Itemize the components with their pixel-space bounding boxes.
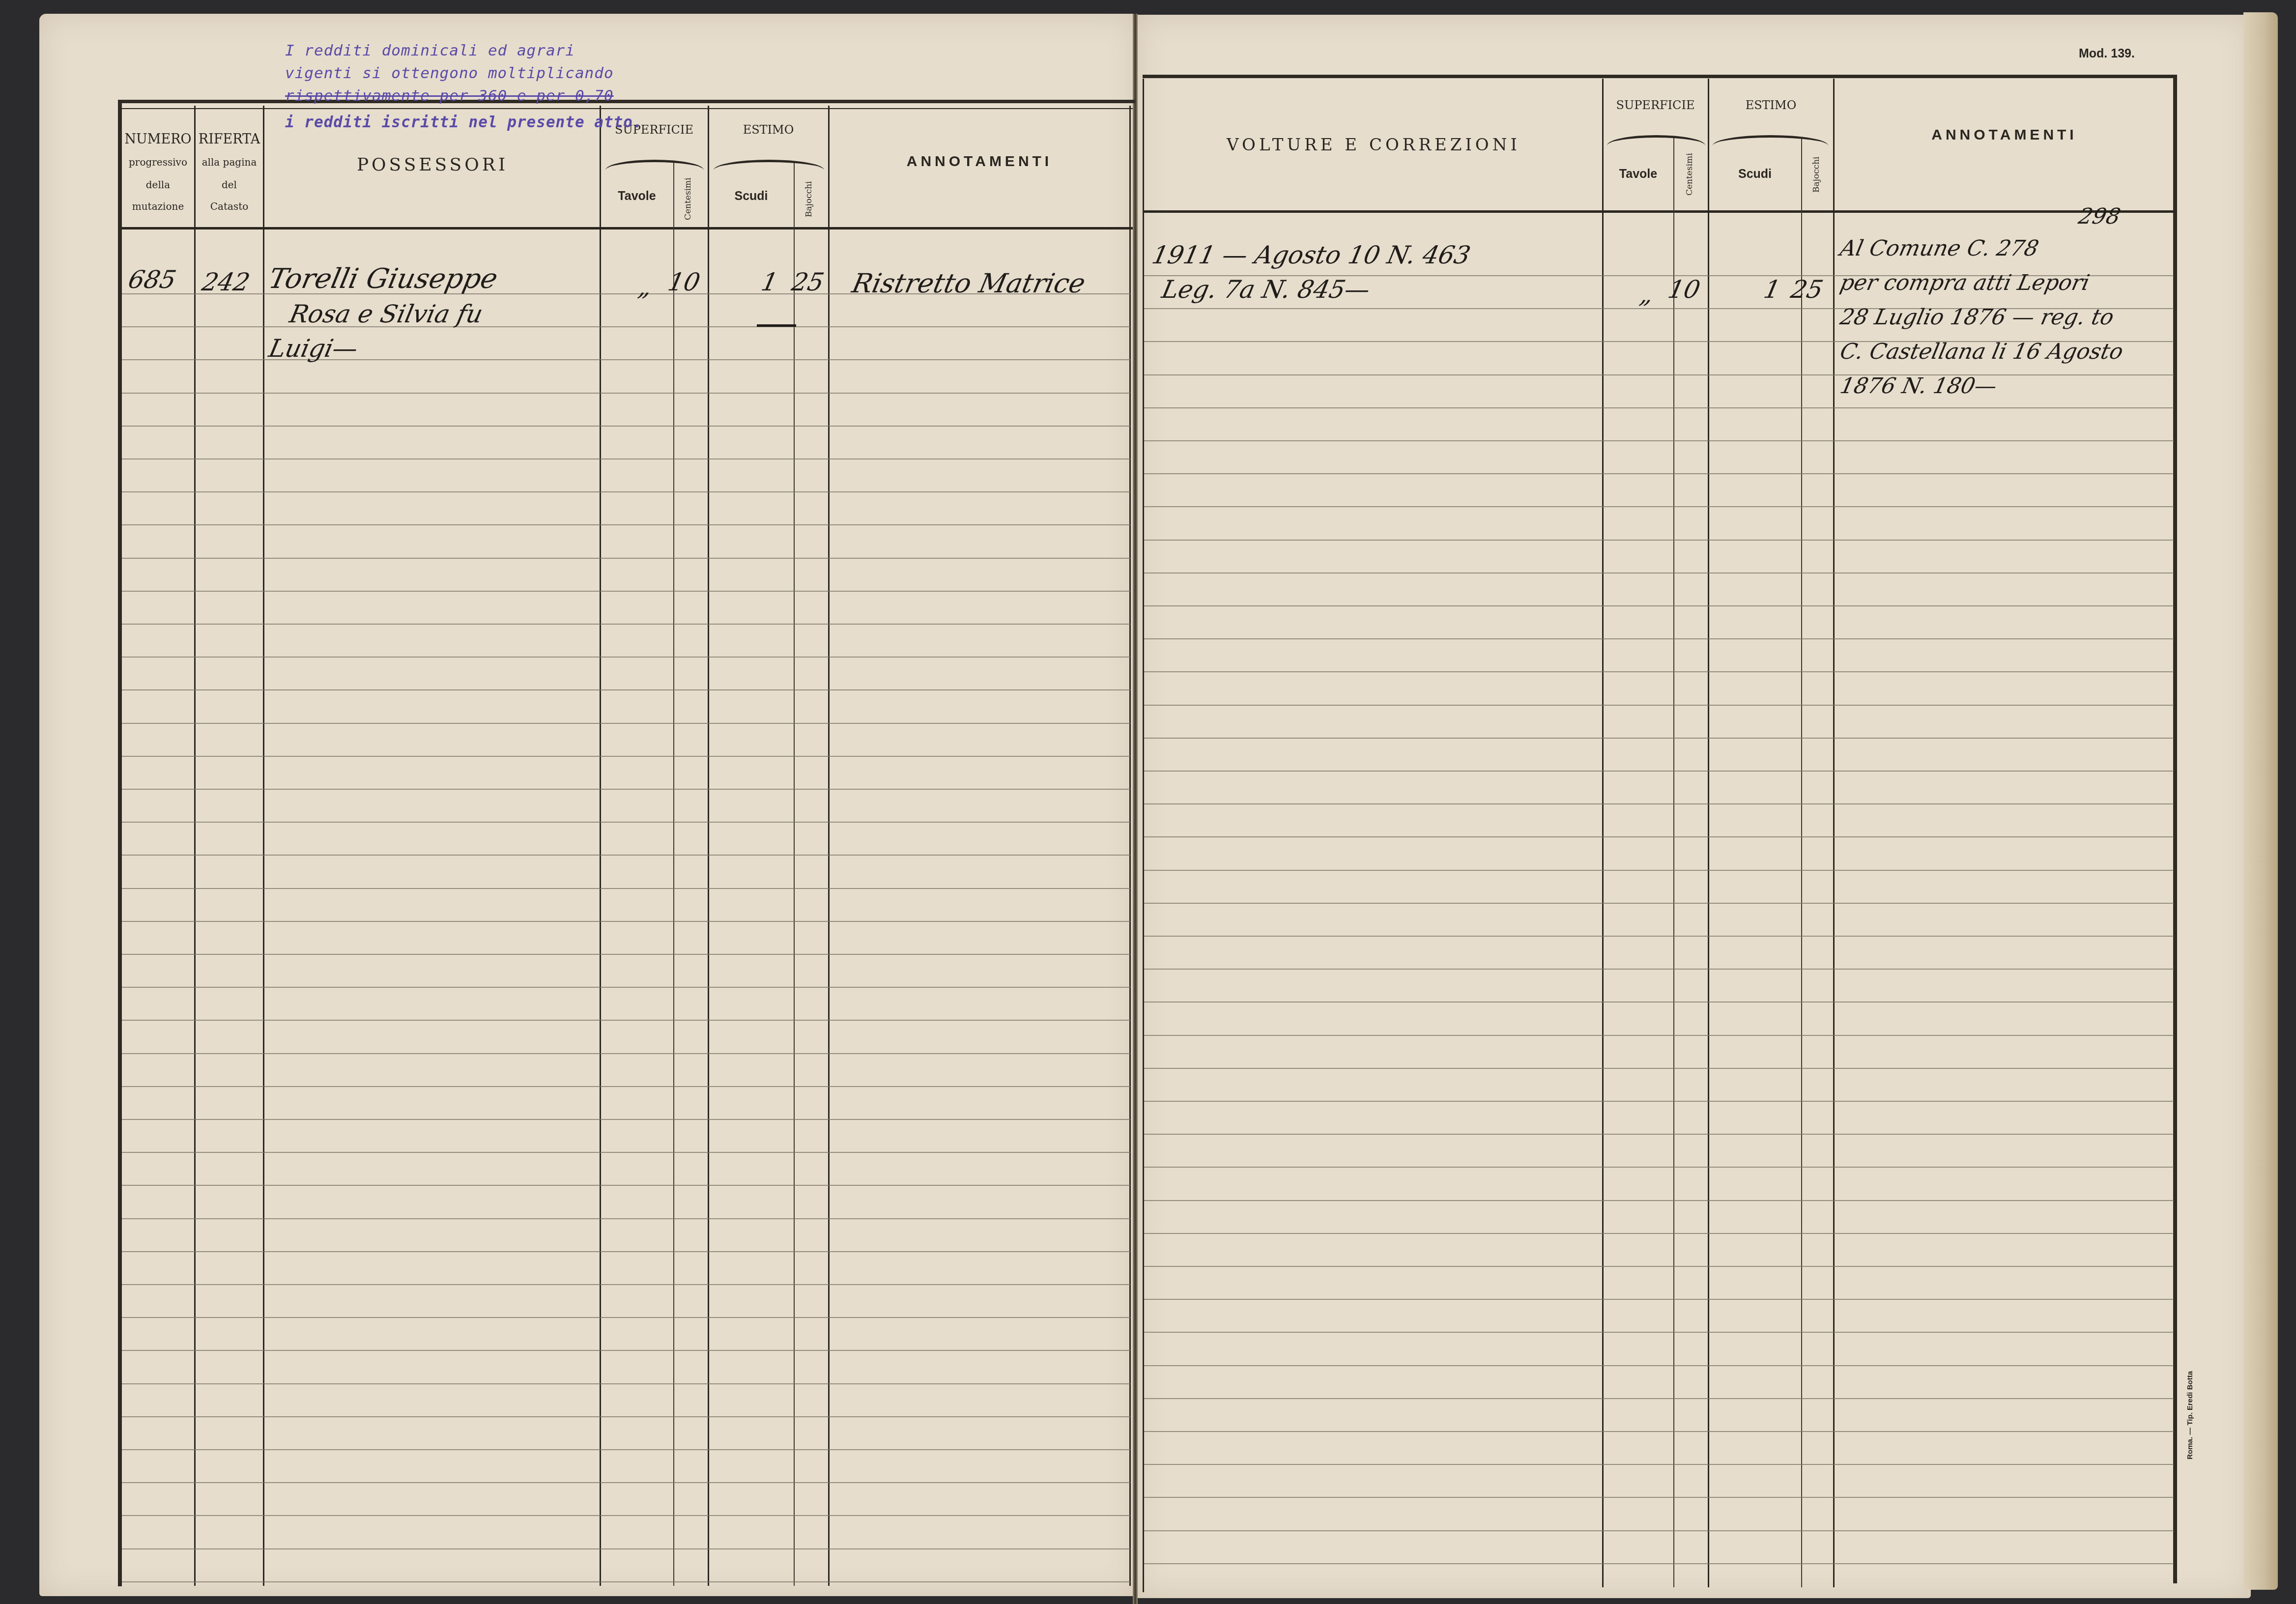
entry-annotamenti-line-5: 1876 N. 180—	[1838, 373, 1999, 399]
ruled-line	[1144, 870, 2174, 871]
header-superficie: SUPERFICIE	[1603, 98, 1708, 112]
ruled-line	[122, 1416, 1130, 1417]
header-centesimi: Centesimi	[683, 174, 693, 224]
entry-annotamenti-correction: 298	[2076, 204, 2123, 229]
underline-mark	[757, 324, 796, 327]
ruled-line	[122, 591, 1130, 592]
ruled-line	[1144, 1200, 2174, 1201]
ruled-line	[122, 1482, 1130, 1483]
ruled-line	[1144, 473, 2174, 474]
entry-bajocchi: 25	[789, 268, 827, 296]
ruled-line	[122, 1218, 1130, 1219]
ruled-line	[122, 954, 1130, 955]
ruled-line	[122, 1020, 1130, 1021]
ruled-line	[1144, 573, 2174, 573]
entry-annotamenti-line-2: per compra atti Lepori	[1838, 270, 2092, 295]
ruled-line	[1144, 836, 2174, 837]
ruled-line	[122, 1185, 1130, 1186]
entry-volture-line-1: 1911 — Agosto 10 N. 463	[1149, 241, 1473, 269]
ruled-line	[1144, 407, 2174, 408]
entry-annotamenti-line-4: C. Castellana li 16 Agosto	[1838, 339, 2125, 364]
ruled-line	[1144, 1530, 2174, 1531]
ruled-line	[122, 987, 1130, 988]
ruled-line	[1144, 605, 2174, 606]
ruled-line	[122, 491, 1130, 492]
entry-volture-line-2: Leg. 7a N. 845—	[1159, 275, 1373, 304]
ruled-line	[122, 1053, 1130, 1054]
header-scudi: Scudi	[709, 189, 794, 203]
ruled-line	[1144, 1233, 2174, 1234]
ruled-line	[1144, 1134, 2174, 1135]
ruled-line	[122, 524, 1130, 525]
ruled-line	[122, 426, 1130, 427]
header-tavole: Tavole	[601, 189, 673, 203]
ruled-line	[1144, 540, 2174, 541]
ruled-line	[122, 1581, 1130, 1582]
ruled-line	[122, 855, 1130, 856]
ruled-line	[1144, 1332, 2174, 1333]
ruled-line	[1144, 903, 2174, 904]
ruled-line	[122, 1350, 1130, 1351]
ruled-line	[1144, 1563, 2174, 1564]
ruled-line	[122, 657, 1130, 658]
ruled-line	[1144, 1035, 2174, 1036]
ruled-line	[1144, 705, 2174, 706]
ruled-line	[1144, 638, 2174, 639]
entry-centesimi: 10	[1665, 275, 1703, 304]
header-tavole: Tavole	[1603, 167, 1673, 181]
form-code: Mod. 139.	[2079, 47, 2135, 61]
ruled-line	[1144, 1398, 2174, 1399]
ruled-line	[1144, 771, 2174, 772]
ruled-line	[122, 1152, 1130, 1153]
header-bajocchi: Bajocchi	[804, 177, 814, 221]
header-possessori: POSSESSORI	[265, 155, 600, 175]
ruled-line	[1144, 1299, 2174, 1300]
entry-bajocchi: 25	[1788, 275, 1826, 304]
ruled-line	[122, 1449, 1130, 1450]
entry-possessori-line-2: Rosa e Silvia fu	[287, 300, 486, 328]
ruled-line	[1144, 1464, 2174, 1465]
ruled-line	[122, 921, 1130, 922]
header-annotamenti: ANNOTAMENTI	[1836, 127, 2173, 143]
ruled-line	[1144, 1365, 2174, 1366]
header-bajocchi: Bajocchi	[1811, 152, 1821, 197]
ruled-line	[1144, 1002, 2174, 1002]
stamp-note: I redditi dominicali ed agrari vigenti s…	[285, 39, 643, 134]
ruled-line	[122, 326, 1130, 327]
ruled-line	[1144, 440, 2174, 441]
ruled-line	[122, 1251, 1130, 1252]
entry-possessori-line-3: Luigi—	[266, 334, 361, 363]
stacked-page-edges	[2243, 12, 2278, 1590]
entry-annotamenti-line-3: 28 Luglio 1876 — reg. to	[1838, 305, 2116, 330]
ruled-line	[1144, 1497, 2174, 1498]
ruled-line	[1144, 1431, 2174, 1432]
ruled-line	[122, 789, 1130, 790]
ruled-line	[1144, 803, 2174, 804]
header-volture: VOLTURE E CORREZIONI	[1145, 135, 1602, 155]
ruled-line	[122, 756, 1130, 757]
ruled-line	[1144, 671, 2174, 672]
header-numero: NUMERO progressivo della mutazione	[122, 129, 194, 217]
entry-possessori-line-1: Torelli Giuseppe	[266, 263, 500, 295]
book-gutter	[1133, 14, 1138, 1604]
ruled-line	[122, 1383, 1130, 1384]
ruled-line	[122, 558, 1130, 559]
left-ledger-page	[39, 14, 1136, 1596]
ruled-line	[1144, 936, 2174, 937]
ruled-line	[1144, 1266, 2174, 1267]
ruled-line	[122, 1548, 1130, 1549]
header-centesimi: Centesimi	[1685, 150, 1694, 199]
ruled-line	[122, 1119, 1130, 1120]
ruled-line	[1144, 1167, 2174, 1168]
ruled-line	[122, 393, 1130, 394]
ruled-line	[122, 624, 1130, 625]
entry-annotamenti: Ristretto Matrice	[849, 268, 1088, 299]
ruled-line	[1144, 374, 2174, 375]
ruled-line	[1144, 738, 2174, 739]
ruled-line	[1144, 969, 2174, 970]
ruled-line	[1144, 506, 2174, 507]
header-riferta: RIFERTA alla pagina del Catasto	[196, 129, 263, 217]
ruled-line	[122, 1284, 1130, 1285]
ruled-line	[122, 689, 1130, 690]
entry-numero: 685	[126, 265, 179, 294]
entry-riferta: 242	[200, 268, 253, 296]
ruled-line	[122, 822, 1130, 823]
ruled-line	[122, 1317, 1130, 1318]
printer-imprint: Roma. — Tip. Eredi Botta	[2186, 1371, 2194, 1460]
ruled-line	[122, 888, 1130, 889]
header-scudi: Scudi	[1709, 167, 1801, 181]
ruled-line	[122, 458, 1130, 459]
header-annotamenti: ANNOTAMENTI	[830, 153, 1129, 170]
ruled-line	[1144, 1068, 2174, 1069]
ruled-line	[122, 1086, 1130, 1087]
entry-centesimi: 10	[665, 268, 703, 296]
ruled-line	[122, 723, 1130, 724]
entry-annotamenti-line-1: Al Comune C. 278	[1838, 236, 2041, 261]
header-estimo: ESTIMO	[1709, 98, 1833, 112]
ruled-line	[1144, 1101, 2174, 1102]
header-estimo: ESTIMO	[709, 123, 828, 137]
ruled-line	[122, 1515, 1130, 1516]
